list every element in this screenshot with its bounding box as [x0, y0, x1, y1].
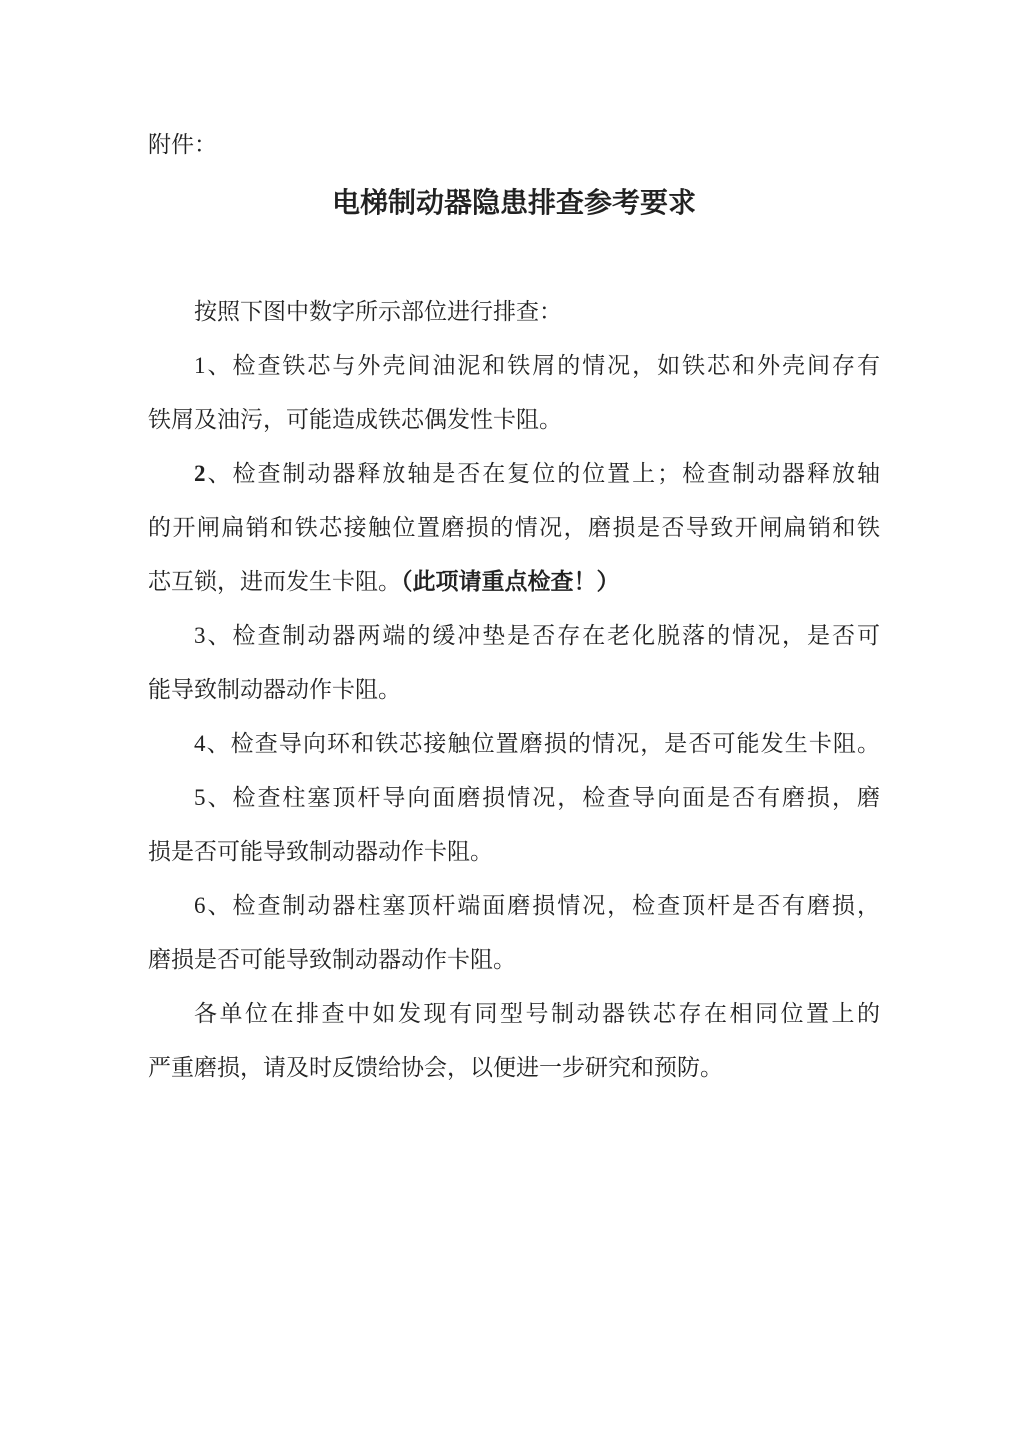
- para2-line3: 芯互锁，进而发生卡阻。（此项请重点检查！）: [148, 555, 880, 609]
- document-page: 附件： 电梯制动器隐患排查参考要求 按照下图中数字所示部位进行排查： 1、检查铁…: [0, 0, 1024, 1448]
- para3-line2: 能导致制动器动作卡阻。: [148, 663, 880, 717]
- document-title: 电梯制动器隐患排查参考要求: [148, 180, 880, 228]
- para2-line2: 的开闸扁销和铁芯接触位置磨损的情况，磨损是否导致开闸扁销和铁: [148, 501, 880, 555]
- para6-line2: 磨损是否可能导致制动器动作卡阻。: [148, 933, 880, 987]
- para3-line1: 3、检查制动器两端的缓冲垫是否存在老化脱落的情况，是否可: [148, 609, 880, 663]
- para2-line1: 2、检查制动器释放轴是否在复位的位置上；检查制动器释放轴: [148, 447, 880, 501]
- document-body: 按照下图中数字所示部位进行排查： 1、检查铁芯与外壳间油泥和铁屑的情况，如铁芯和…: [148, 285, 880, 1095]
- para2-number-bold: 2: [194, 461, 206, 486]
- para5-line2: 损是否可能导致制动器动作卡阻。: [148, 825, 880, 879]
- para2-line3-text: 芯互锁，进而发生卡阻。: [148, 569, 401, 594]
- para6-line1: 6、检查制动器柱塞顶杆端面磨损情况，检查顶杆是否有磨损，: [148, 879, 880, 933]
- para2-line1-text: 、检查制动器释放轴是否在复位的位置上；检查制动器释放轴: [206, 461, 881, 486]
- intro-line: 按照下图中数字所示部位进行排查：: [148, 285, 880, 339]
- attachment-label: 附件：: [148, 130, 880, 160]
- para5-line1: 5、检查柱塞顶杆导向面磨损情况，检查导向面是否有磨损，磨: [148, 771, 880, 825]
- para1-line2: 铁屑及油污，可能造成铁芯偶发性卡阻。: [148, 393, 880, 447]
- para2-emphasis-bold: （此项请重点检查！）: [401, 569, 620, 594]
- para4-line1: 4、检查导向环和铁芯接触位置磨损的情况，是否可能发生卡阻。: [148, 717, 880, 771]
- closing-line2: 严重磨损，请及时反馈给协会，以便进一步研究和预防。: [148, 1041, 880, 1095]
- closing-line1: 各单位在排查中如发现有同型号制动器铁芯存在相同位置上的: [148, 987, 880, 1041]
- para1-line1: 1、检查铁芯与外壳间油泥和铁屑的情况，如铁芯和外壳间存有: [148, 339, 880, 393]
